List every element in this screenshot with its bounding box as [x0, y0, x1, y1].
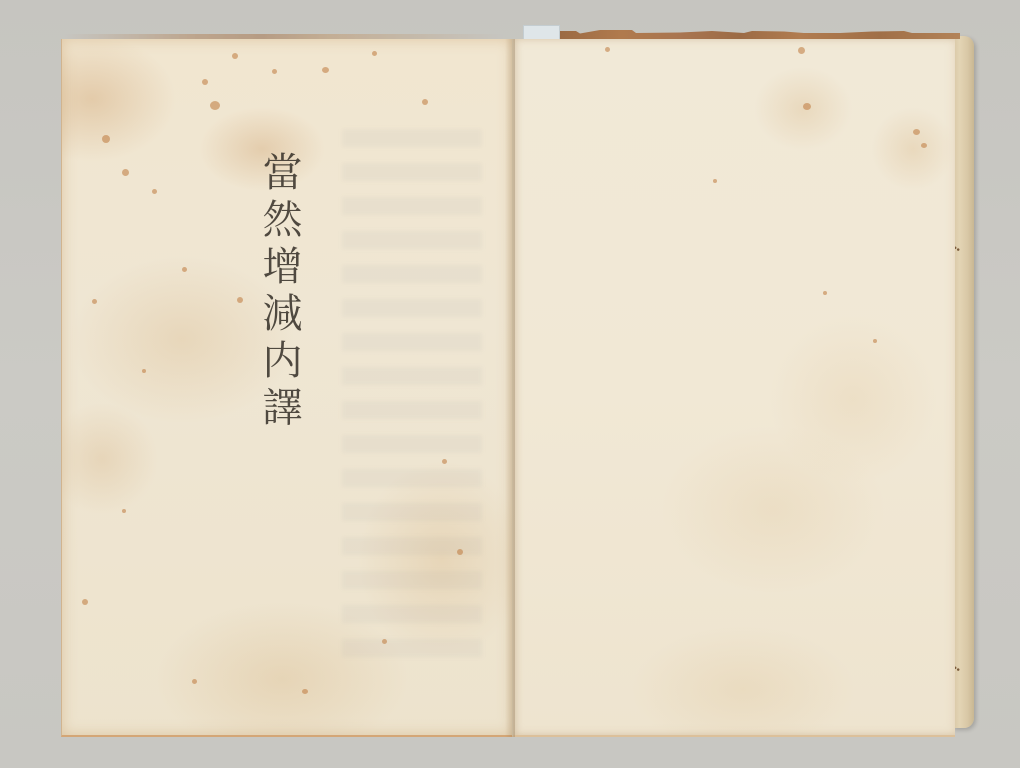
foxing-spot [823, 291, 827, 295]
foxing-spot [422, 99, 428, 105]
foxing-spot [873, 339, 877, 343]
foxing-spot [302, 689, 308, 694]
foxing-spot [605, 47, 610, 52]
ink-bleed-through [342, 129, 482, 669]
book-top-edge [560, 29, 960, 39]
foxing-spot [457, 549, 463, 555]
foxing-spot [803, 103, 811, 110]
foxing-spot [442, 459, 447, 464]
scan-stage: 當然增減内譯 [0, 0, 1020, 768]
foxing-spot [182, 267, 187, 272]
foxing-spot [272, 69, 277, 74]
left-page: 當然增減内譯 [61, 39, 512, 737]
foxing-spot [921, 143, 927, 148]
foxing-spot [192, 679, 197, 684]
foxing-spot [92, 299, 97, 304]
paper-tab-marker [523, 25, 560, 40]
foxing-spot [122, 509, 126, 513]
foxing-spot [122, 169, 129, 176]
document-title-vertical: 當然增減内譯 [259, 151, 299, 433]
foxing-spot [152, 189, 157, 194]
foxing-spot [372, 51, 377, 56]
foxing-spot [142, 369, 146, 373]
foxing-spot [237, 297, 243, 303]
foxing-spot [913, 129, 920, 135]
foxing-spot [798, 47, 805, 54]
foxing-spot [382, 639, 387, 644]
book-fore-edge [952, 36, 974, 728]
foxing-spot [102, 135, 110, 143]
foxing-spot [232, 53, 238, 59]
right-page [512, 39, 955, 737]
foxing-spot [82, 599, 88, 605]
foxing-spot [210, 101, 220, 110]
foxing-spot [713, 179, 717, 183]
foxing-spot [202, 79, 208, 85]
foxing-spot [322, 67, 329, 73]
